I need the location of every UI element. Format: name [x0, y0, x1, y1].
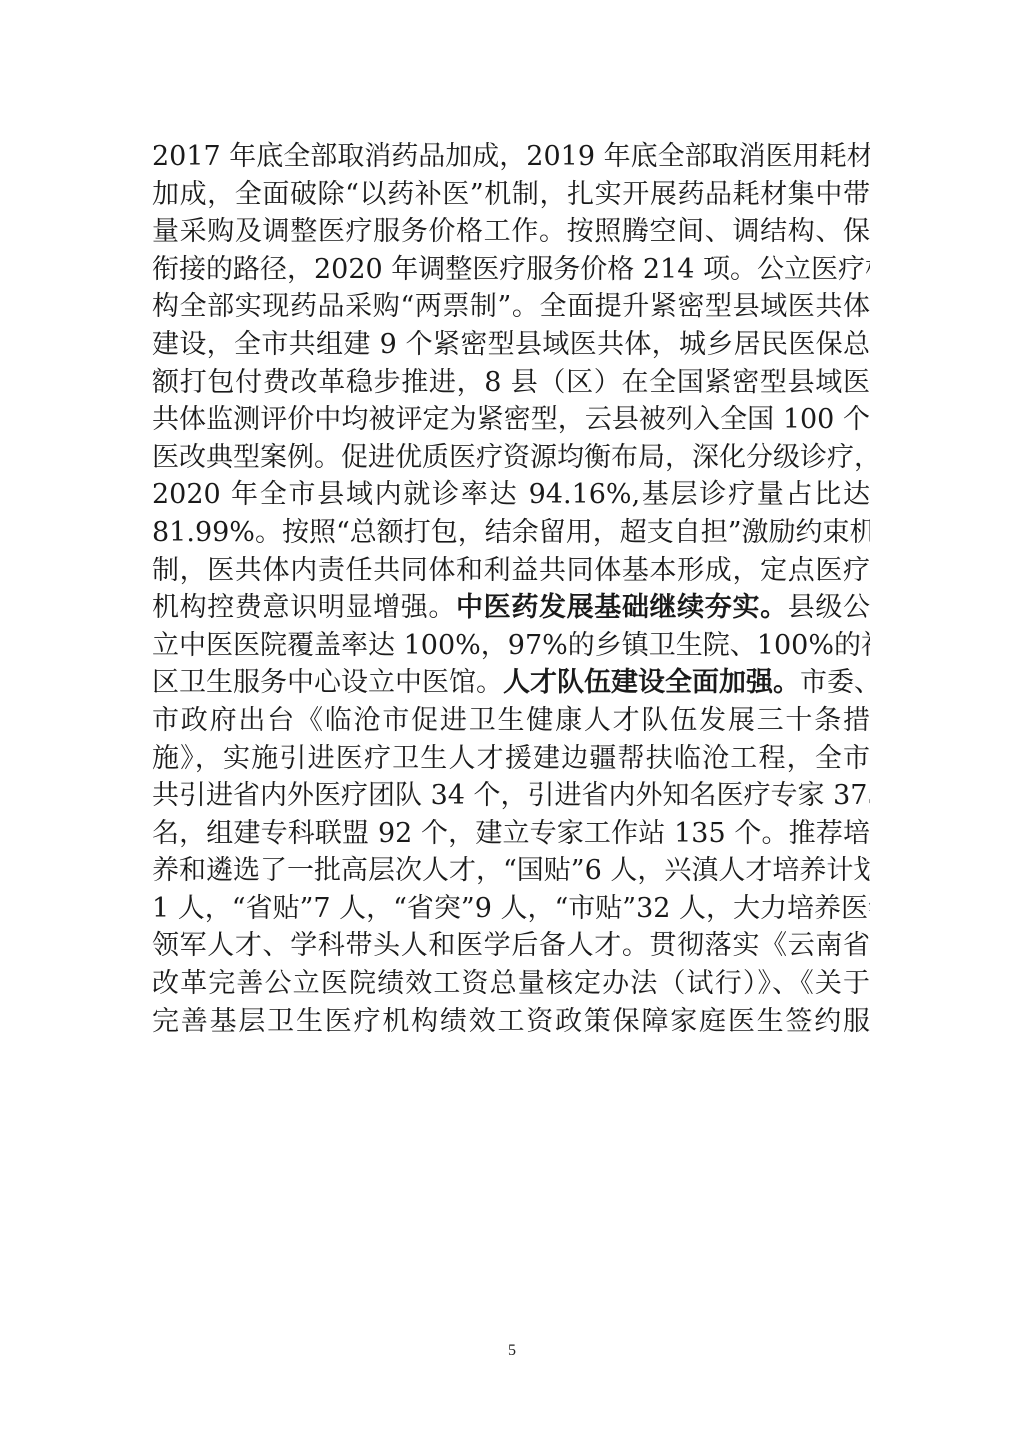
text-line: 衔接的路径，2020 年调整医疗服务价格 214 项。公立医疗机: [152, 251, 870, 289]
page-number: 5: [0, 1342, 1024, 1360]
text-run: 县级公: [788, 592, 870, 623]
text-line: 养和遴选了一批高层次人才，“国贴”6 人，兴滇人才培养计划: [152, 852, 870, 890]
text-run: 区卫生服务中心设立中医馆。: [152, 667, 503, 698]
text-line: 共引进省内外医疗团队 34 个，引进省内外知名医疗专家 373: [152, 777, 870, 815]
text-run: 机构控费意识明显增强。: [152, 592, 456, 623]
text-line: 施》，实施引进医疗卫生人才援建边疆帮扶临沧工程，全市: [152, 740, 870, 778]
text-line: 81.99%。按照“总额打包，结余留用，超支自担”激励约束机: [152, 514, 870, 552]
text-line: 量采购及调整医疗服务价格工作。按照腾空间、调结构、保: [152, 213, 870, 251]
text-line: 领军人才、学科带头人和医学后备人才。贯彻落实《云南省: [152, 927, 870, 965]
text-line: 1 人，“省贴”7 人，“省突”9 人，“市贴”32 人，大力培养医学: [152, 890, 870, 928]
text-line: 2017 年底全部取消药品加成，2019 年底全部取消医用耗材: [152, 138, 870, 176]
body-text: 2017 年底全部取消药品加成，2019 年底全部取消医用耗材 加成，全面破除“…: [152, 138, 870, 1040]
text-line: 建设，全市共组建 9 个紧密型县域医共体，城乡居民医保总: [152, 326, 870, 364]
text-line: 医改典型案例。促进优质医疗资源均衡布局，深化分级诊疗，: [152, 439, 870, 477]
text-line: 2020 年全市县域内就诊率达 94.16%,基层诊疗量占比达: [152, 476, 870, 514]
text-line: 额打包付费改革稳步推进，8 县（区）在全国紧密型县域医: [152, 364, 870, 402]
text-line: 构全部实现药品采购“两票制”。全面提升紧密型县域医共体: [152, 288, 870, 326]
text-run: 市委、: [800, 667, 870, 698]
text-line: 制，医共体内责任共同体和利益共同体基本形成，定点医疗: [152, 552, 870, 590]
text-line: 改革完善公立医院绩效工资总量核定办法（试行）》、《关于: [152, 965, 870, 1003]
text-line: 名，组建专科联盟 92 个，建立专家工作站 135 个。推荐培: [152, 815, 870, 853]
text-line: 立中医医院覆盖率达 100%，97%的乡镇卫生院、100%的社: [152, 627, 870, 665]
text-line: 市政府出台《临沧市促进卫生健康人才队伍发展三十条措: [152, 702, 870, 740]
text-line: 区卫生服务中心设立中医馆。人才队伍建设全面加强。市委、: [152, 664, 870, 702]
bold-heading: 中医药发展基础继续夯实。: [456, 592, 788, 623]
bold-heading: 人才队伍建设全面加强。: [503, 667, 800, 698]
text-line: 加成，全面破除“以药补医”机制，扎实开展药品耗材集中带: [152, 176, 870, 214]
text-line: 完善基层卫生医疗机构绩效工资政策保障家庭医生签约服: [152, 1003, 870, 1041]
document-page: 2017 年底全部取消药品加成，2019 年底全部取消医用耗材 加成，全面破除“…: [0, 0, 1024, 1448]
text-line: 共体监测评价中均被评定为紧密型，云县被列入全国 100 个: [152, 401, 870, 439]
text-line: 机构控费意识明显增强。中医药发展基础继续夯实。县级公: [152, 589, 870, 627]
